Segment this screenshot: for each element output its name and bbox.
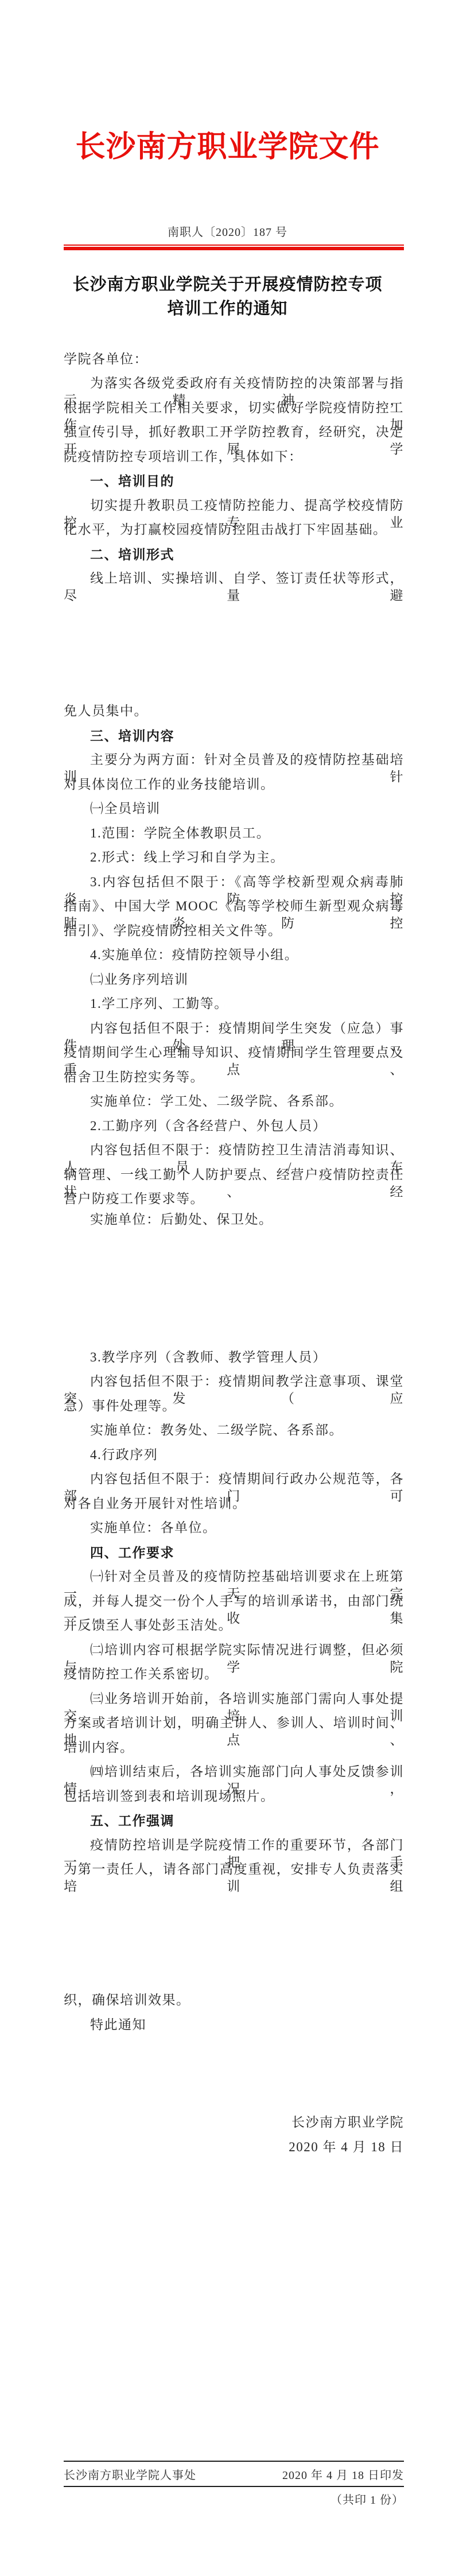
doc-line: 三、培训内容 [64,727,404,746]
doc-line: ㈡业务序列培训 [64,971,404,990]
doc-line: 1.学工序列、工勤等。 [64,995,404,1014]
doc-line: 二、培训形式 [64,546,404,564]
doc-line: 成，并每人提交一份个人手写的培训承诺书，由部门统一收集 [64,1593,404,1611]
doc-line: 3.内容包括但不限于：《高等学校新型观众病毒肺炎防控 [64,874,404,892]
doc-line: 实施单位：各单位。 [64,1519,404,1538]
doc-line: ㈠针对全员普及的疫情防控基础培训要求在上班第一天完 [64,1568,404,1586]
doc-line: 方案或者培训计划，明确主讲人、参训人、培训时间、地点、 [64,1714,404,1733]
doc-line: 辆管理、一线工勤个人防护要点、经营户疫情防控责任状、经 [64,1166,404,1185]
doc-line: ㈣培训结束后，各培训实施部门向人事处反馈参训情况， [64,1763,404,1782]
doc-line: 疫情防控培训是学院疫情工作的重要环节，各部门一把手 [64,1837,404,1855]
doc-line: 并反馈至人事处彭玉洁处。 [64,1617,404,1635]
doc-line: 2.工勤序列（含各经营户、外包人员） [64,1118,404,1136]
red-separator-line-thick [64,247,404,250]
doc-line: 指引》、学院疫情防控相关文件等。 [64,922,404,941]
doc-line: 为落实各级党委政府有关疫情防控的决策部署与指示精神， [64,375,404,393]
document-page: 长沙南方职业学院文件 南职人〔2020〕187 号 长沙南方职业学院关于开展疫情… [0,0,455,2576]
doc-line: 为第一责任人，请各部门高度重视，安排专人负责落实培训组 [64,1861,404,1879]
doc-line: 实施单位：后勤处、保卫处。 [64,1211,404,1229]
doc-line: 一、培训目的 [64,472,404,491]
doc-line: 1.范围：学院全体教职员工。 [64,825,404,843]
doc-line: 内容包括但不限于：疫情期间行政办公规范等，各部门可 [64,1471,404,1489]
doc-line: 五、工作强调 [64,1812,404,1830]
doc-line: 对各自业务开展针对性培训。 [64,1495,404,1514]
doc-line: 院疫情防控专项培训工作，具体如下： [64,448,404,467]
doc-line: 内容包括但不限于：疫情期间教学注意事项、课堂突发（应 [64,1373,404,1391]
red-separator-line-thin [64,245,404,246]
doc-line: 对具体岗位工作的业务技能培训。 [64,776,404,794]
footer-row: 长沙南方职业学院人事处 2020 年 4 月 18 日印发 [64,2468,404,2483]
letterhead-org-title: 长沙南方职业学院文件 [0,130,455,165]
doc-line: 实施单位：教务处、二级学院、各系部。 [64,1422,404,1440]
footer-rule-bottom [64,2486,404,2487]
doc-title-line-1: 长沙南方职业学院关于开展疫情防控专项 [0,274,455,295]
doc-line: 2020 年 4 月 18 日 [64,2139,404,2157]
doc-line: 培训内容。 [64,1739,404,1758]
doc-line: 织，确保培训效果。 [64,1992,404,2010]
doc-line: 长沙南方职业学院 [64,2114,404,2132]
doc-line: 主要分为两方面：针对全员普及的疫情防控基础培训、针 [64,751,404,770]
doc-number: 南职人〔2020〕187 号 [0,225,455,240]
doc-line: 化水平，为打赢校园疫情防控阻击战打下牢固基础。 [64,521,404,540]
doc-line: 强宣传引导，抓好教职工开学防控教育，经研究，决定开展学 [64,424,404,442]
doc-line: 根据学院相关工作相关要求，切实做好学院疫情防控工作，加 [64,399,404,418]
doc-line: 四、工作要求 [64,1544,404,1562]
doc-line: 4.实施单位：疫情防控领导小组。 [64,946,404,965]
footer-issuer: 长沙南方职业学院人事处 [64,2468,196,2483]
doc-line: 指南》、中国大学 MOOC《高等学校师生新型观众病毒肺炎防控 [64,898,404,916]
doc-line: 切实提升教职员工疫情防控能力、提高学校疫情防控专业 [64,497,404,515]
doc-line: 疫情防控工作关系密切。 [64,1666,404,1684]
doc-line: 急）事件处理等。 [64,1398,404,1416]
doc-line: 线上培训、实操培训、自学、签订责任状等形式，尽量避 [64,570,404,588]
doc-line: 疫情期间学生心理辅导知识、疫情期间学生管理要点及重点、 [64,1044,404,1062]
footer-print-date: 2020 年 4 月 18 日印发 [282,2468,404,2483]
doc-line: 内容包括但不限于：疫情防控卫生清洁消毒知识、人员/车 [64,1142,404,1160]
doc-line: 内容包括但不限于：疫情期间学生突发（应急）事件处理、 [64,1020,404,1038]
doc-line: 免人员集中。 [64,703,404,721]
doc-line: 4.行政序列 [64,1446,404,1465]
footer-copies-count: （共印 1 份） [64,2493,404,2508]
doc-line: ㈢业务培训开始前，各培训实施部门需向人事处提交培训 [64,1690,404,1709]
doc-line: 3.教学序列（含教师、教学管理人员） [64,1349,404,1367]
doc-line: 实施单位：学工处、二级学院、各系部。 [64,1093,404,1111]
doc-line: 学院各单位： [64,351,404,369]
doc-line: ㈠全员培训 [64,800,404,818]
doc-line: ㈡培训内容可根据学院实际情况进行调整，但必须与学院 [64,1642,404,1660]
footer-rule-top [64,2461,404,2462]
doc-title-line-2: 培训工作的通知 [0,298,455,319]
doc-line: 营户防疫工作要求等。 [64,1190,404,1209]
doc-line: 2.形式：线上学习和自学为主。 [64,849,404,867]
doc-line: 包括培训签到表和培训现场照片。 [64,1788,404,1806]
doc-line: 特此通知 [64,2016,404,2035]
doc-line: 宿舍卫生防控实务等。 [64,1069,404,1087]
